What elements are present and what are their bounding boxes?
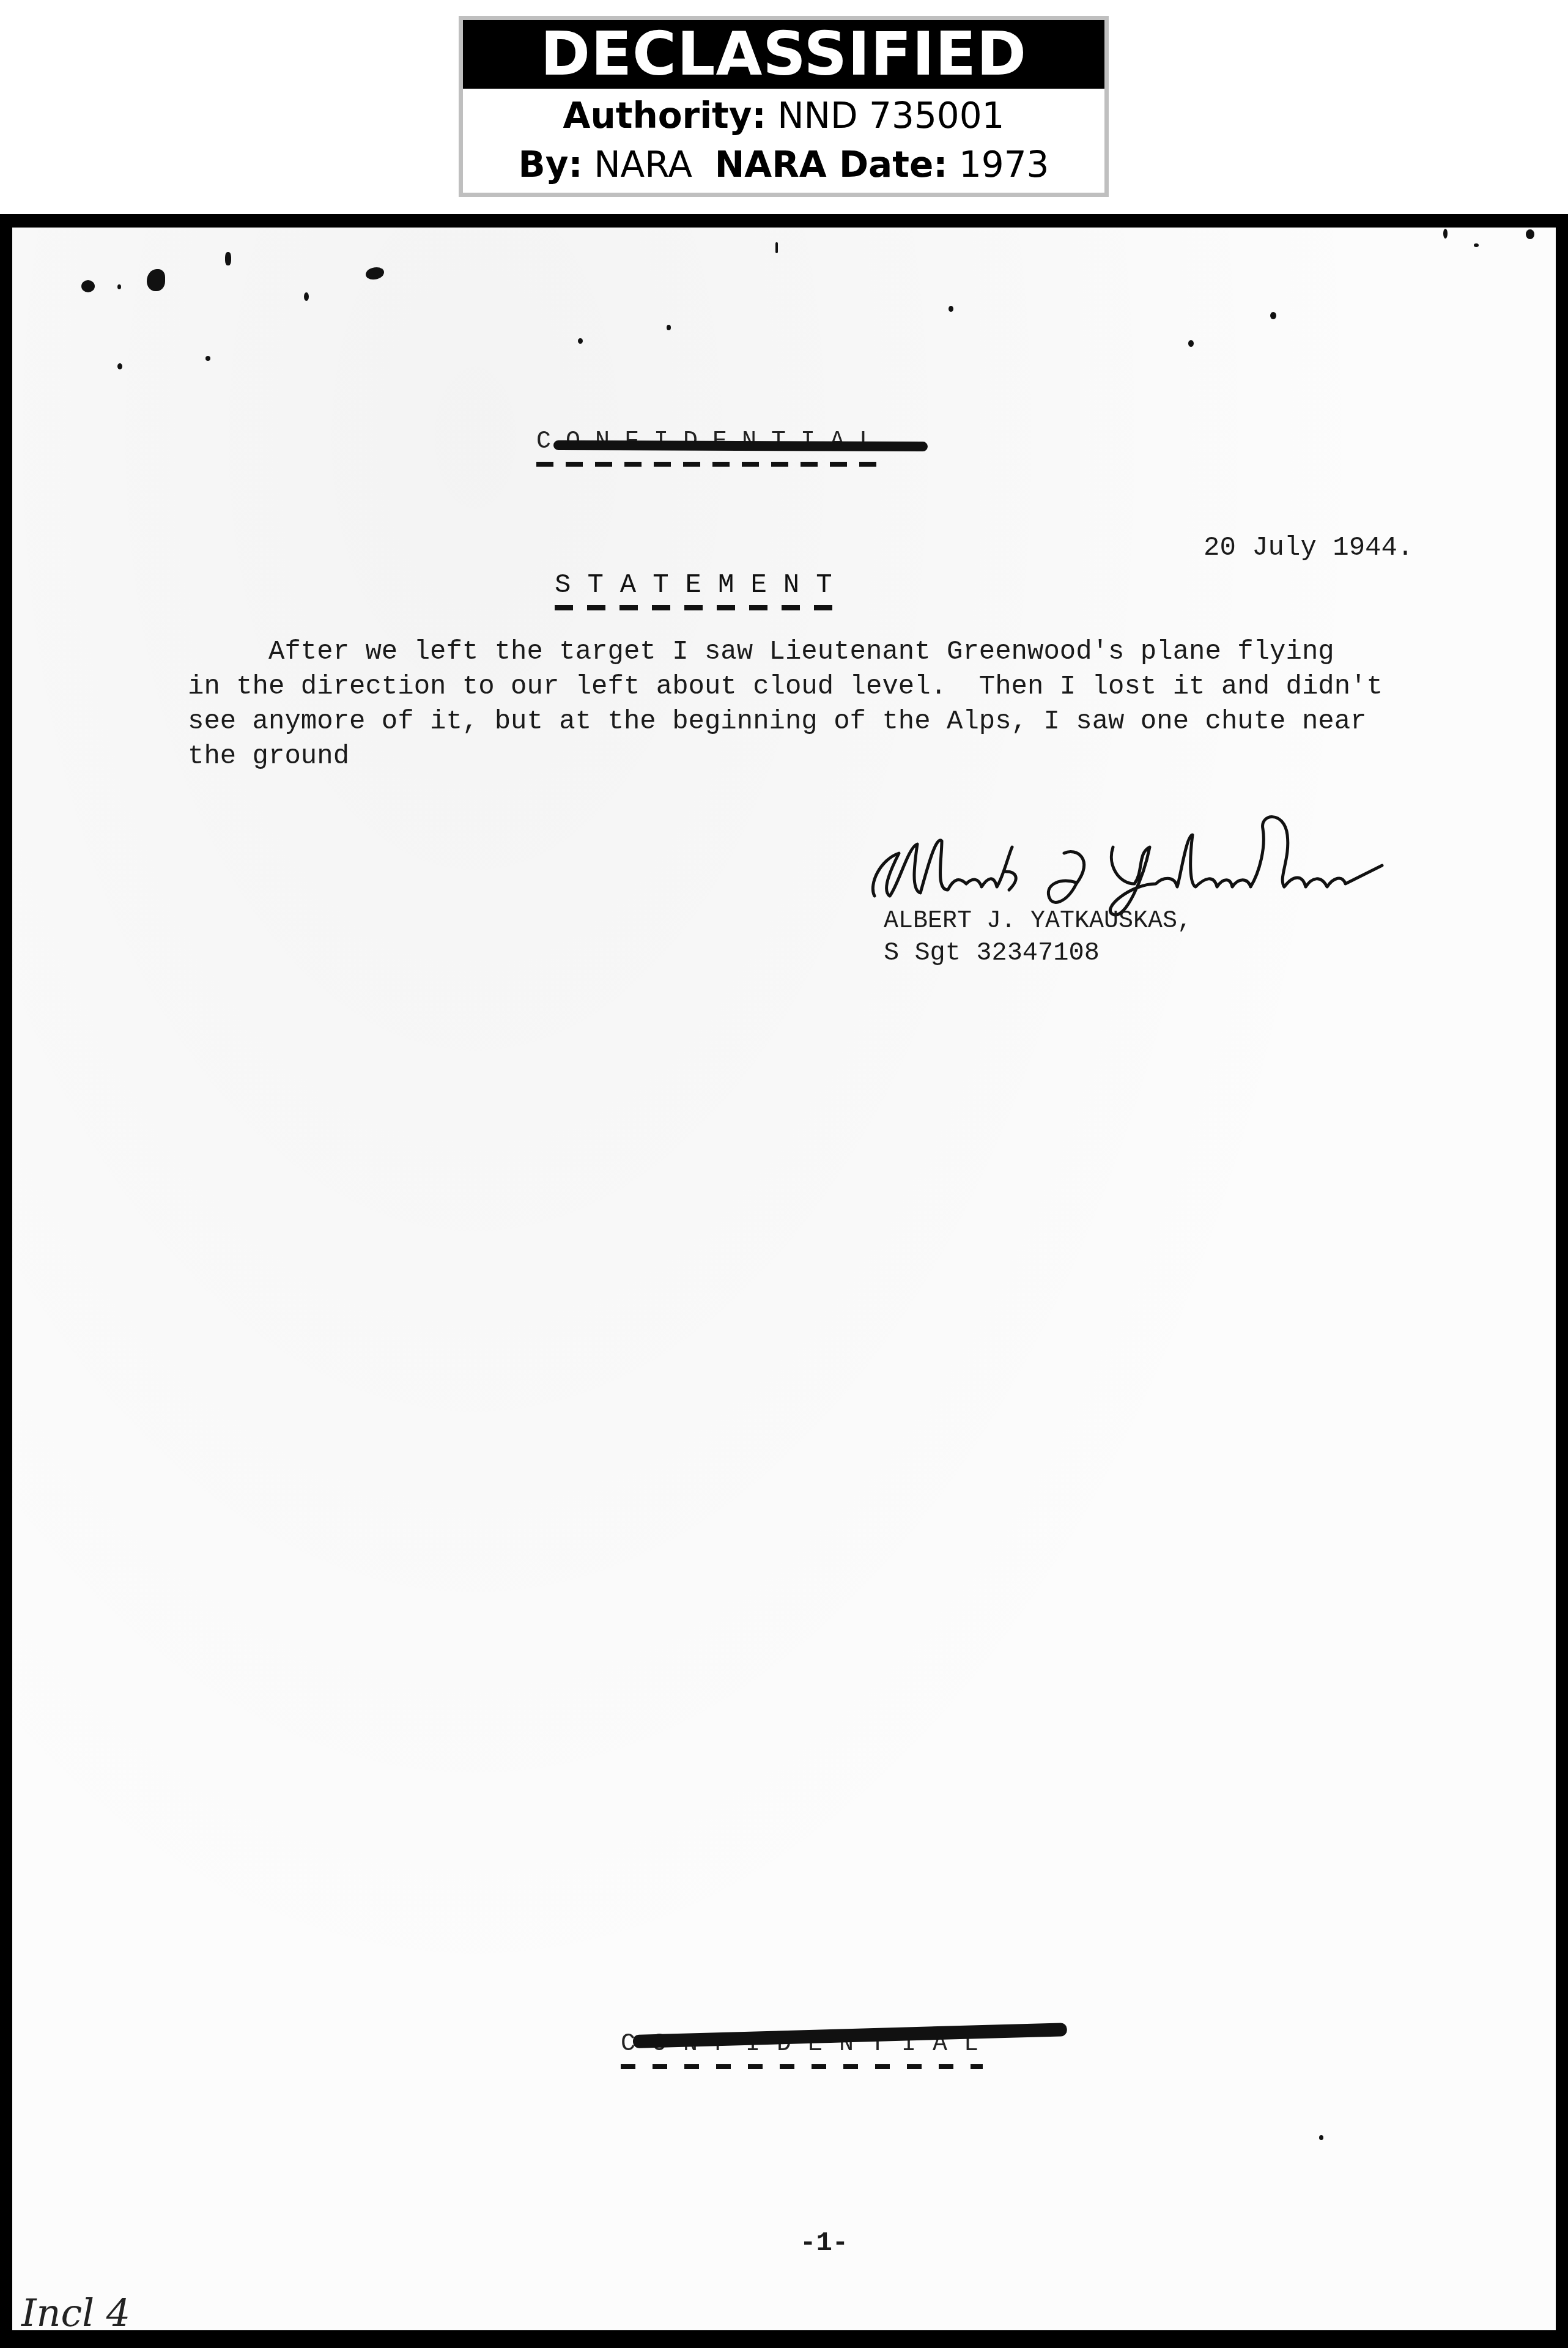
body-line: After we left the target I saw Lieutenan… (188, 635, 1334, 670)
stamp-date-label: NARA Date: (715, 144, 948, 185)
stamp-by-value: NARA (594, 144, 692, 185)
stamp-authority-value: NND 735001 (777, 95, 1004, 136)
stamp-date-value: 1973 (959, 144, 1049, 185)
document-heading: STATEMENT (555, 570, 849, 601)
body-line: the ground (188, 739, 349, 774)
classification-top-underline (536, 462, 876, 467)
document-date: 20 July 1944. (1204, 531, 1413, 566)
stamp-authority: Authority: NND 735001 (463, 92, 1104, 139)
stamp-authority-label: Authority: (563, 95, 766, 136)
body-line: see anymore of it, but at the beginning … (188, 705, 1367, 739)
signer-name: ALBERT J. YATKAUSKAS, (884, 904, 1192, 939)
stamp-by-date: By: NARA NARA Date: 1973 (463, 141, 1104, 188)
classification-bottom-underline (621, 2064, 983, 2069)
declassification-stamp: DECLASSIFIED Authority: NND 735001 By: N… (459, 16, 1109, 197)
body-line: in the direction to our left about cloud… (188, 670, 1383, 705)
stamp-by-label: By: (519, 144, 583, 185)
handwritten-enclosure-note: Incl 4 (21, 2291, 130, 2335)
stamp-title: DECLASSIFIED (463, 20, 1104, 89)
document-heading-text: STATEMENT (555, 570, 849, 601)
signer-rank-serial: S Sgt 32347108 (884, 936, 1100, 971)
classification-top-strikethrough (553, 440, 928, 451)
document-heading-underline (555, 605, 835, 610)
page-number: -1- (800, 2226, 848, 2261)
